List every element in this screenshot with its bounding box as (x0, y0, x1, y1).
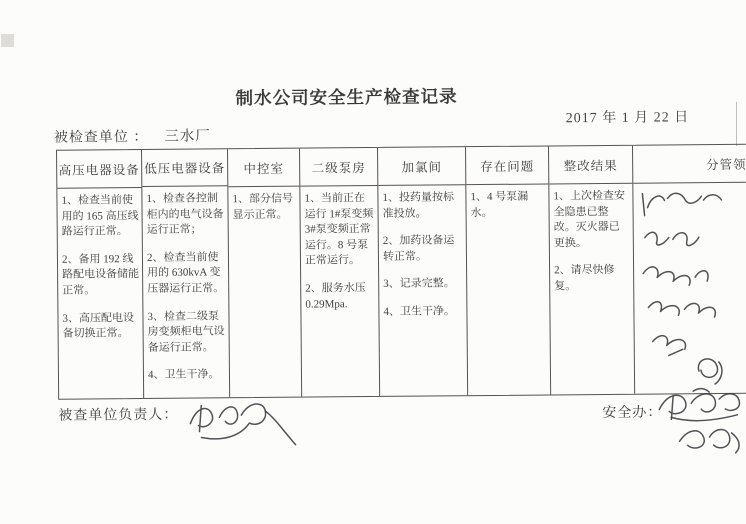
responsible-person-label: 被查单位负责人： (58, 404, 178, 425)
table-cell-item: 4、卫生干净。 (383, 304, 463, 320)
column-body: 1、投药量按标准投放。2、加药设备运转正常。3、记录完整。4、卫生干净。 (378, 185, 467, 396)
table-column-5: 加氯间1、投药量按标准投放。2、加药设备运转正常。3、记录完整。4、卫生干净。 (378, 147, 468, 396)
column-header: 存在问题 (466, 146, 548, 185)
table-cell-item: 1、4 号泵漏水。 (470, 189, 545, 221)
table-cell-item: 1、检查各控制柜内的电气设备运行正常； (146, 191, 224, 239)
column-body: 1、上次检查安全隐患已整改。灭火器已更换。2、请尽快修复。 (549, 184, 634, 395)
column-header: 二级泵房 (300, 148, 377, 187)
table-cell-item: 3、记录完整。 (383, 277, 463, 293)
page-title: 制水公司安全生产检查记录 (235, 83, 457, 110)
table-cell-item: 3、检查二级泵房变频柜电气设备运行正常。 (147, 309, 225, 357)
inspection-date: 2017 年 1 月 22 日 (566, 106, 690, 127)
table-cell-item: 2、检查当前使用的 630kvA 变压器运行正常。 (147, 250, 225, 298)
inspected-unit-label: 被检查单位 ： (54, 130, 149, 146)
table-cell-item: 2、备用 192 线路配电设备储能正常。 (62, 252, 139, 299)
column-header: 加氯间 (378, 147, 465, 186)
column-header: 低压电器设备 (142, 149, 227, 187)
table-cell-item: 1、部分信号显示正常。 (232, 192, 296, 224)
table-cell-item: 1、投药量按标准投放。 (382, 190, 462, 222)
column-header: 分管领导 (633, 144, 746, 184)
table-cell-item: 1、上次检查安全隐患已整改。灭火器已更换。 (553, 189, 630, 252)
column-header: 高压电器设备 (57, 150, 141, 189)
table-cell-item: 2、请尽快修复。 (554, 263, 630, 295)
column-body: 1、当前正在运行 1#泵变频3#泵变频正常运行。8 号泵正常运行。2、服务水压 … (300, 186, 379, 397)
safety-office-label: 安全办： (602, 401, 662, 422)
table-column-6: 存在问题1、4 号泵漏水。 (466, 146, 551, 395)
table-cell-item: 1、检查当前使用的 165 高压线路运行正常。 (61, 193, 138, 240)
table-column-3: 中控室1、部分信号显示正常。 (228, 149, 302, 398)
table-cell-item: 1、当前正在运行 1#泵变频3#泵变频正常运行。8 号泵正常运行。 (304, 191, 375, 270)
inspected-unit-value: 三水厂 (164, 128, 211, 144)
table-column-8: 分管领导 (633, 144, 746, 394)
paper-content: 制水公司安全生产检查记录 2017 年 1 月 22 日 被检查单位 ：三水厂 … (0, 0, 746, 524)
table-column-1: 高压电器设备1、检查当前使用的 165 高压线路运行正常。2、备用 192 线路… (57, 150, 144, 399)
table-cell-item: 4、卫生干净。 (148, 368, 226, 384)
column-body: 1、部分信号显示正常。 (228, 187, 301, 398)
table-cell-item: 2、服务水压 0.29Mpa. (305, 281, 375, 313)
column-body: 1、4 号泵漏水。 (466, 184, 550, 395)
inspected-unit-line: 被检查单位 ：三水厂 (54, 124, 211, 146)
table-column-2: 低压电器设备1、检查各控制柜内的电气设备运行正常；2、检查当前使用的 630kv… (142, 149, 230, 398)
responsible-person-signature (177, 393, 299, 450)
table-cell-item: 2、加药设备运转正常。 (383, 233, 463, 265)
table-column-4: 二级泵房1、当前正在运行 1#泵变频3#泵变频正常运行。8 号泵正常运行。2、服… (300, 148, 380, 397)
inspection-table: 高压电器设备1、检查当前使用的 165 高压线路运行正常。2、备用 192 线路… (56, 143, 746, 400)
column-header: 整改结果 (549, 146, 632, 185)
column-body: 1、检查各控制柜内的电气设备运行正常；2、检查当前使用的 630kvA 变压器运… (142, 186, 229, 398)
safety-office-signature (651, 387, 746, 466)
column-body: 1、检查当前使用的 165 高压线路运行正常。2、备用 192 线路配电设备储能… (57, 188, 143, 399)
column-header: 中控室 (228, 149, 299, 188)
scanned-inspection-form: 制水公司安全生产检查记录 2017 年 1 月 22 日 被检查单位 ：三水厂 … (0, 0, 746, 524)
column-body (633, 182, 746, 394)
table-column-7: 整改结果1、上次检查安全隐患已整改。灭火器已更换。2、请尽快修复。 (549, 146, 635, 395)
table-cell-item: 3、高压配电设备切换正常。 (62, 311, 139, 343)
